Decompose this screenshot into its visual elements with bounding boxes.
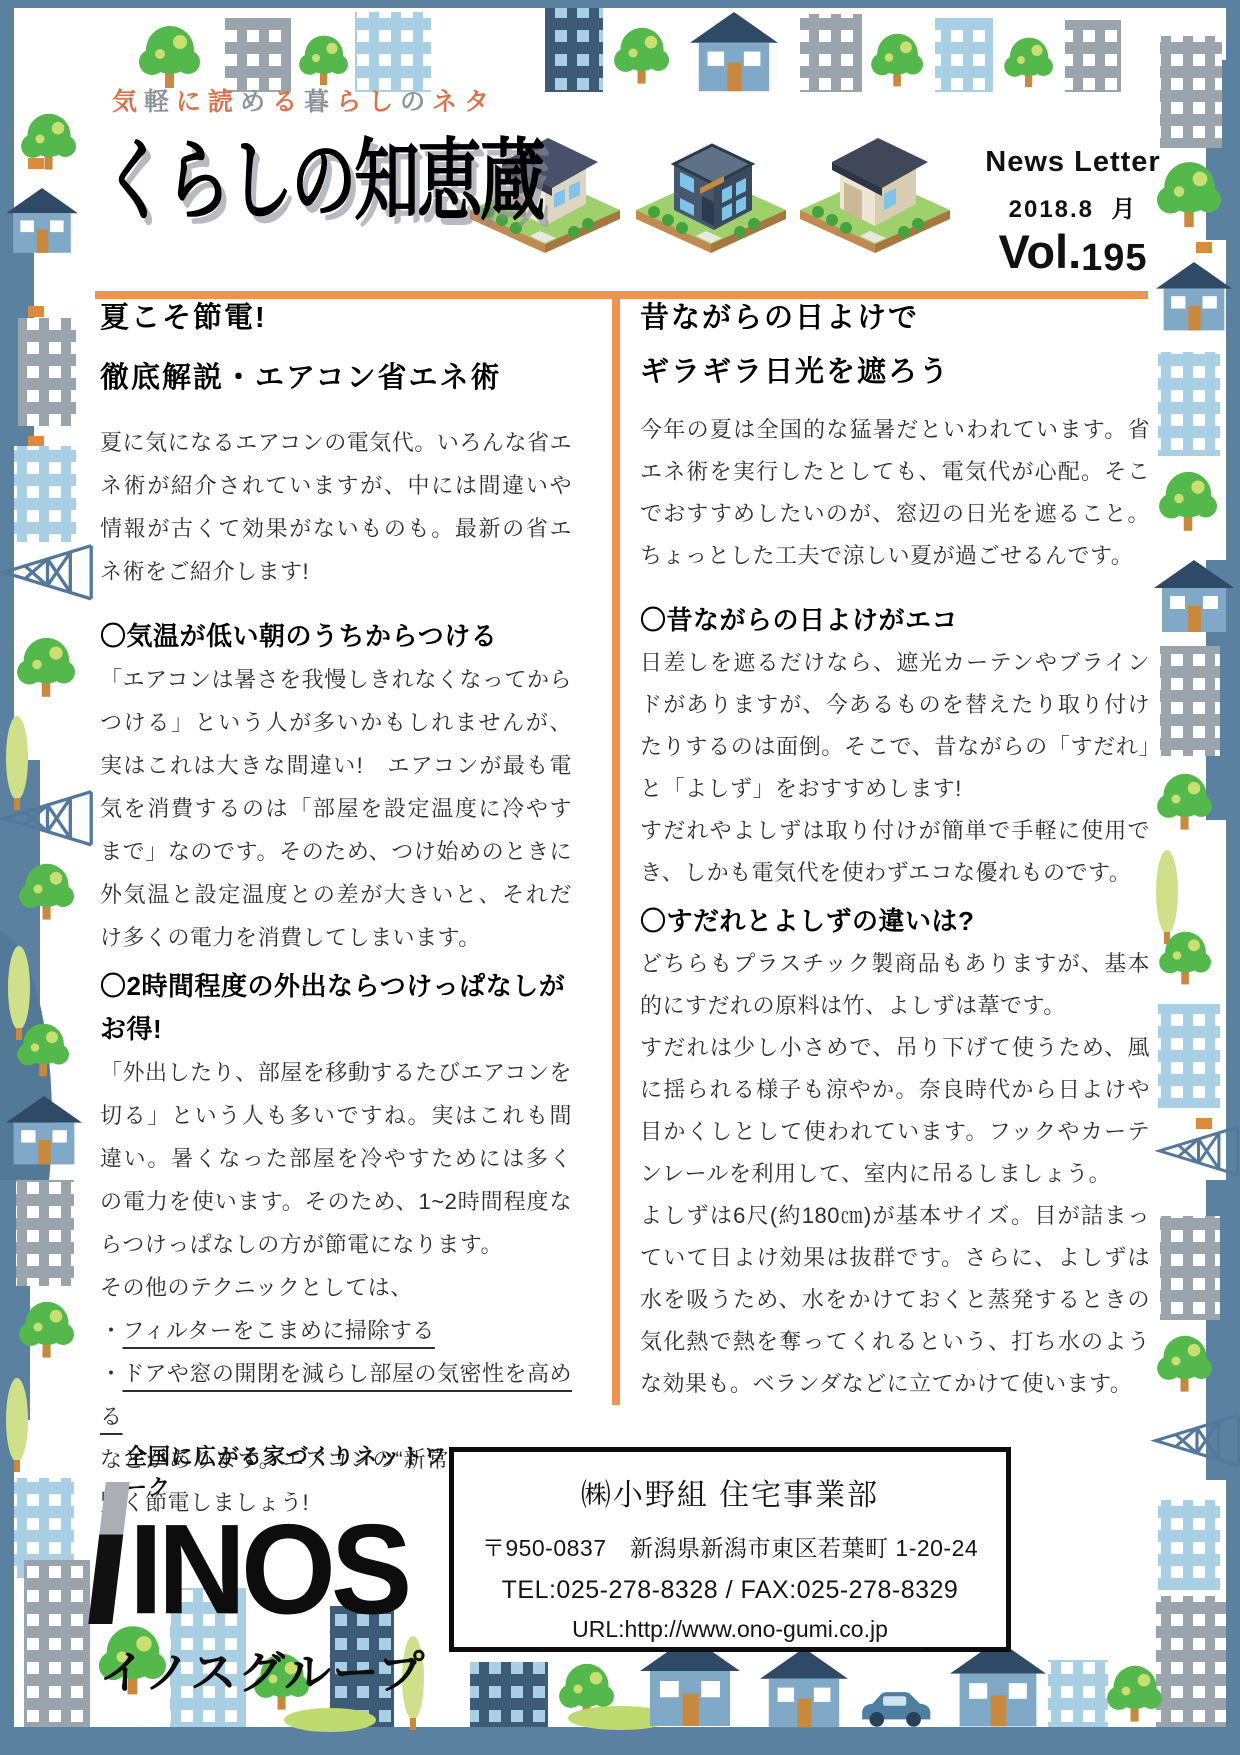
newsletter-title: くらしの知恵蔵 (102, 110, 543, 238)
article-title-line1: 昔ながらの日よけで (640, 300, 1150, 336)
section-body: よしずは6尺(約180㎝)が基本サイズ。目が詰まっていて日よけ効果は抜群です。さ… (640, 1195, 1150, 1405)
tips-intro: その他のテクニックとしては、 (100, 1266, 572, 1309)
inos-logo-block: 全国に広がる家づくりネットワーク INOS イノスグループ (95, 1440, 465, 1701)
section-body: 「外出したり、部屋を移動するたびエアコンを切る」という人も多いですね。実はこれも… (100, 1051, 572, 1266)
article-title-line2: ギラギラ日光を遮ろう (640, 354, 1150, 390)
section-body: どちらもプラスチック製商品もありますが、基本的にすだれの原料は竹、よしずは葦です… (640, 943, 1150, 1027)
header-divider-rule (95, 291, 1148, 299)
article-sunshade: 昔ながらの日よけで ギラギラ日光を遮ろう 今年の夏は全国的な猛暑だといわれていま… (640, 300, 1150, 1405)
company-tel-fax: TEL:025-278-8328 / FAX:025-278-8329 (454, 1576, 1006, 1605)
company-url: URL:http://www.ono-gumi.co.jp (454, 1616, 1006, 1643)
issue-info-block: News Letter 2018.8 月 Vol.195 (978, 146, 1168, 275)
section-heading: 〇気温が低い朝のうちからつける (100, 615, 572, 658)
issue-date: 2018.8 月 (978, 189, 1168, 224)
top-town-band (139, 8, 1121, 92)
inos-network-tagline: 全国に広がる家づくりネットワーク (125, 1440, 465, 1502)
tip-item: ・フィルターをこまめに掃除する (100, 1309, 572, 1352)
section-body: すだれやよしずは取り付けが簡単で手軽に使用でき、しかも電気代を使わずエコな優れも… (640, 810, 1150, 894)
inos-logo-text: INOS (129, 1502, 407, 1636)
company-name: ㈱小野組 住宅事業部 (454, 1470, 1006, 1514)
article-energy-saving: 夏こそ節電! 徹底解説・エアコン省エネ術 夏に気になるエアコンの電気代。いろんな… (100, 300, 572, 1524)
suburban-house-icon (800, 138, 950, 253)
section-body: 「エアコンは暑さを我慢しきれなくなってからつける」という人が多いかもしれませんが… (100, 658, 572, 959)
article-title-line2: 徹底解説・エアコン省エネ術 (100, 360, 572, 396)
column-divider-rule (612, 299, 620, 1405)
article-intro: 夏に気になるエアコンの電気代。いろんな省エネ術が紹介されていますが、中には間違い… (100, 421, 572, 593)
inos-logo-bar-icon (88, 1482, 129, 1624)
article-intro: 今年の夏は全国的な猛暑だといわれています。省エネ術を実行したとしても、電気代が心… (640, 409, 1150, 577)
section-body: 日差しを遮るだけなら、遮光カーテンやブラインドがありますが、今あるものを替えたり… (640, 642, 1150, 810)
section-body: すだれは少し小さめで、吊り下げて使うため、風に揺られる様子も涼やか。奈良時代から… (640, 1027, 1150, 1195)
article-title-line1: 夏こそ節電! (100, 300, 572, 336)
tip-item: ・ドアや窓の開閉を減らし部屋の気密性を高める (100, 1352, 572, 1438)
volume-number: Vol.195 (978, 228, 1168, 275)
newsletter-page: 気軽に読める暮らしのネタ くらしの知恵蔵 News Letter 2018.8 … (0, 0, 1240, 1755)
section-heading: 〇2時間程度の外出ならつけっぱなしがお得! (100, 965, 572, 1051)
company-info-box: ㈱小野組 住宅事業部 〒950-0837 新潟県新潟市東区若葉町 1-20-24… (449, 1447, 1011, 1652)
newsletter-label: News Letter (978, 146, 1168, 179)
section-heading: 〇すだれとよしずの違いは? (640, 900, 1150, 943)
company-address: 〒950-0837 新潟県新潟市東区若葉町 1-20-24 (454, 1530, 1006, 1563)
modern-house-icon (636, 145, 786, 253)
inos-group-name: イノスグループ (99, 1636, 480, 1701)
section-heading: 〇昔ながらの日よけがエコ (640, 599, 1150, 642)
